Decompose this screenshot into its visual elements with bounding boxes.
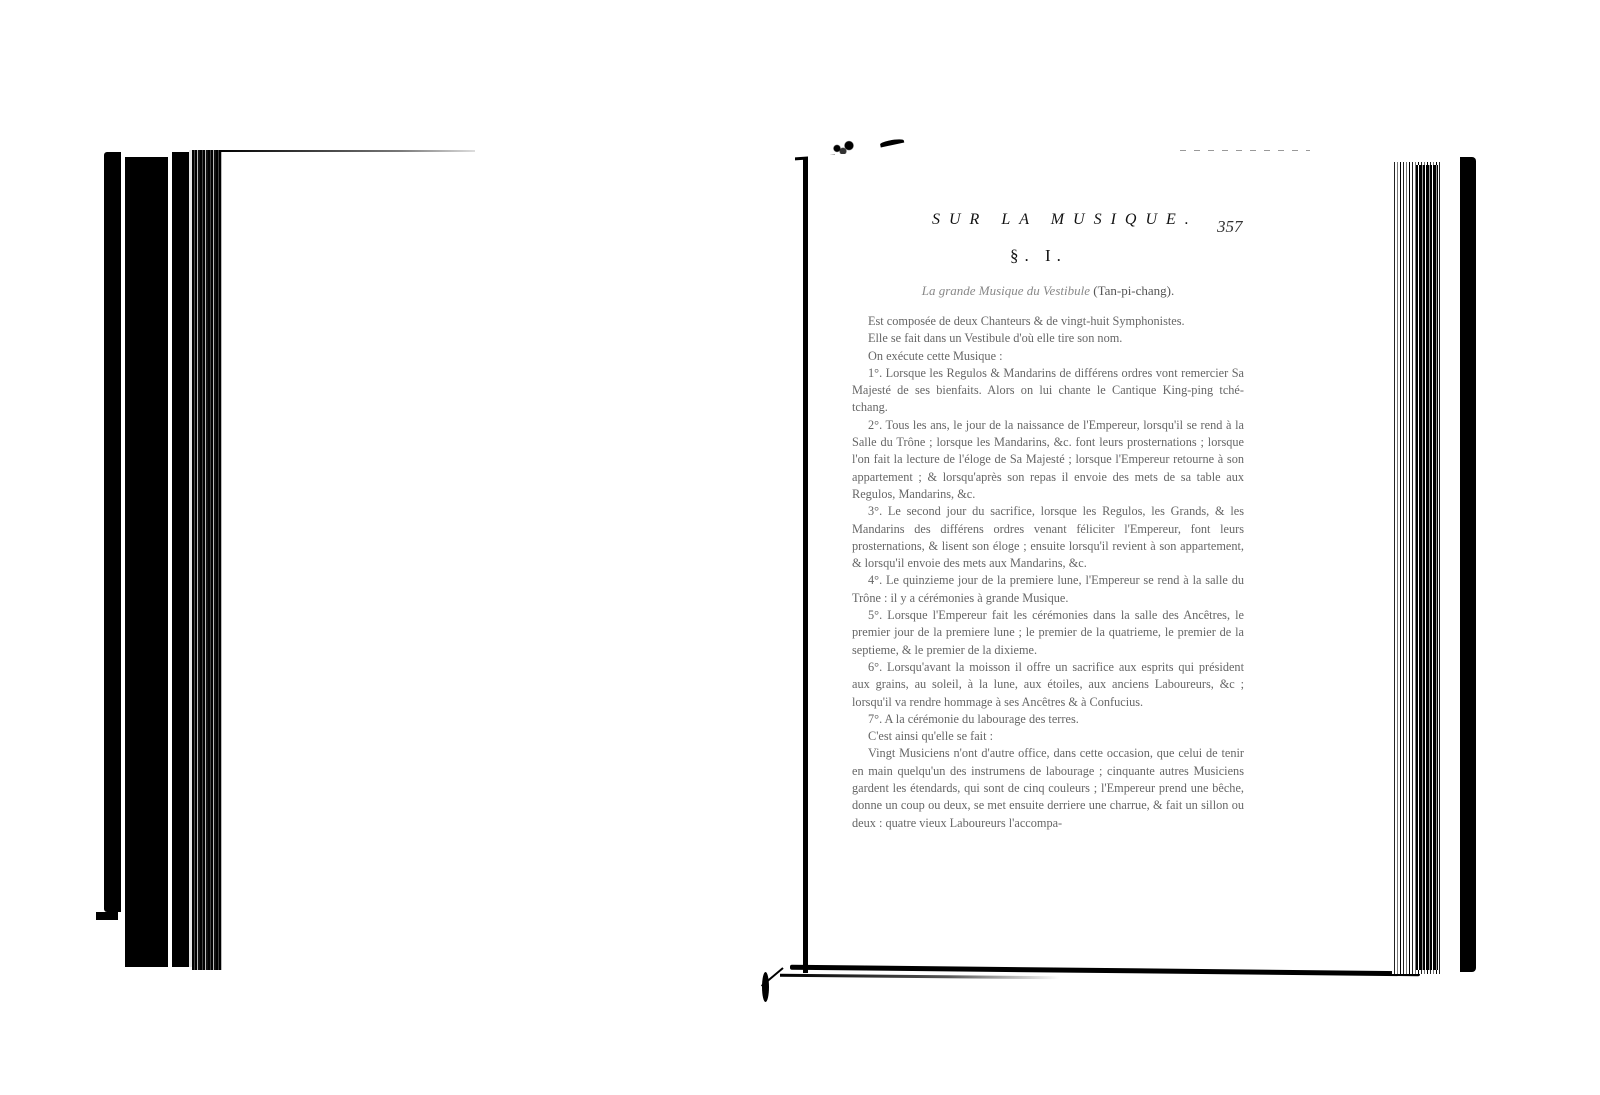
body-text: Est composée de deux Chanteurs & de ving…: [852, 313, 1244, 832]
paragraph: 5°. Lorsque l'Empereur fait les cérémoni…: [852, 607, 1244, 659]
left-blank-page: [222, 152, 472, 967]
section-title-roman: (Tan-pi-chang).: [1093, 283, 1174, 298]
paragraph: 7°. A la cérémonie du labourage des terr…: [852, 711, 1244, 728]
page-number: 357: [1217, 217, 1243, 237]
paragraph: On exécute cette Musique :: [852, 348, 1244, 365]
paragraph: 1°. Lorsque les Regulos & Mandarins de d…: [852, 365, 1244, 417]
right-page-top-debris: [828, 140, 858, 154]
paragraph: 2°. Tous les ans, le jour de la naissanc…: [852, 417, 1244, 503]
left-book-spine: [125, 157, 168, 967]
paragraph: 4°. Le quinzieme jour de la premiere lun…: [852, 572, 1244, 607]
right-page-top-edge: [1180, 150, 1310, 151]
paragraph: Elle se fait dans un Vestibule d'où elle…: [852, 330, 1244, 347]
paragraph: 3°. Le second jour du sacrifice, lorsque…: [852, 503, 1244, 572]
paragraph: Est composée de deux Chanteurs & de ving…: [852, 313, 1244, 330]
paragraph: Vingt Musiciens n'ont d'autre office, da…: [852, 745, 1244, 831]
section-title-italic: La grande Musique du Vestibule: [922, 283, 1090, 298]
left-book-board: [172, 152, 189, 967]
left-book-cover-edge: [104, 152, 121, 912]
right-page-bottom-shadow: [780, 974, 1060, 979]
right-page-top-fleck: [880, 138, 905, 148]
section-title: La grande Musique du Vestibule (Tan-pi-c…: [852, 283, 1244, 299]
paragraph: 6°. Lorsqu'avant la moisson il offre un …: [852, 659, 1244, 711]
right-page-edges-inner: [1416, 165, 1438, 970]
section-mark: §. I.: [1010, 246, 1067, 266]
left-page-edges: [192, 150, 222, 970]
running-head: SUR LA MUSIQUE.: [932, 211, 1198, 229]
right-page-gutter: [803, 158, 808, 973]
paragraph: C'est ainsi qu'elle se fait :: [852, 728, 1244, 745]
right-book-cover-edge: [1460, 157, 1476, 972]
bottom-left-fleck: [762, 972, 769, 1002]
